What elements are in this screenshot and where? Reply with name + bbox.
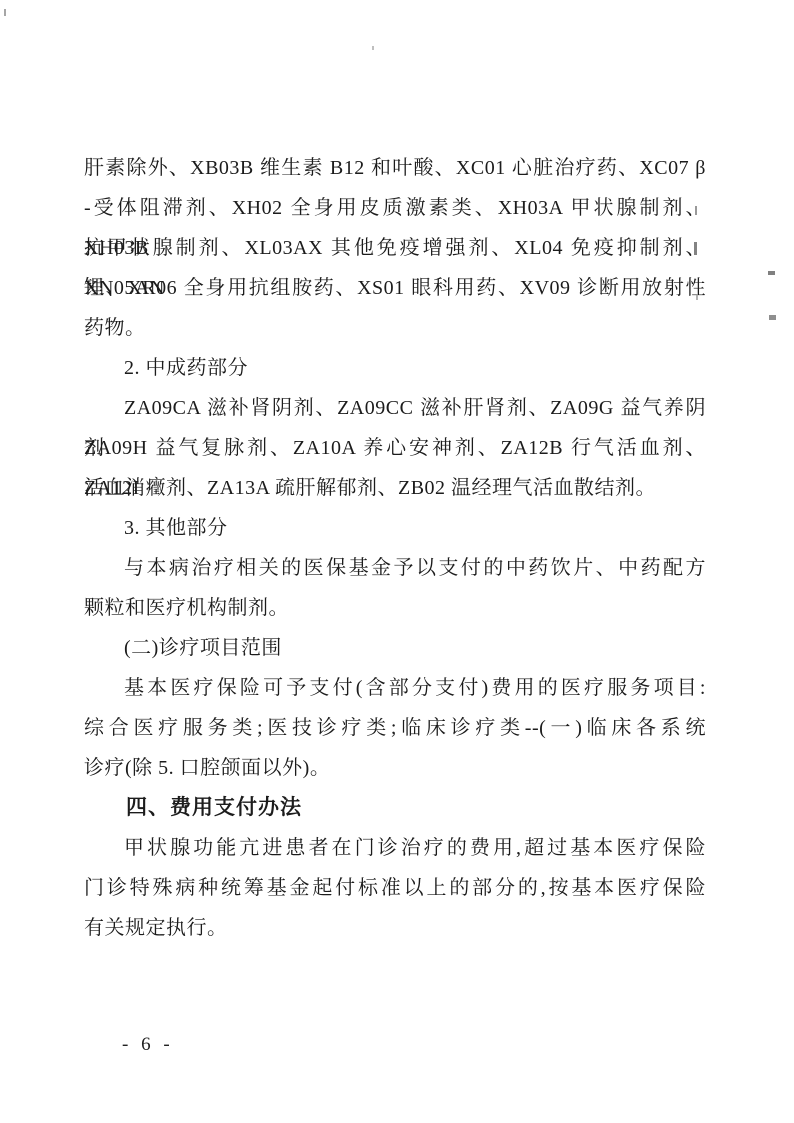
document-body: 肝素除外、XB03B 维生素 B12 和叶酸、XC01 心脏治疗药、XC07 β… [84,148,706,948]
text-line: -受体阻滞剂、XH02 全身用皮质激素类、XH03A 甲状腺制剂、XH03B [84,188,706,228]
text-line: 颗粒和医疗机构制剂。 [84,588,706,628]
text-line: 基本医疗保险可予支付(含部分支付)费用的医疗服务项目: [84,668,706,708]
text-line: 有关规定执行。 [84,908,706,948]
text-line: 活血消癥剂、ZA13A 疏肝解郁剂、ZB02 温经理气活血散结剂。 [84,468,706,508]
document-lines: 肝素除外、XB03B 维生素 B12 和叶酸、XC01 心脏治疗药、XC07 β… [84,148,706,948]
text-line: 门诊特殊病种统筹基金起付标准以上的部分的,按基本医疗保险 [84,868,706,908]
text-line: 甲状腺功能亢进患者在门诊治疗的费用,超过基本医疗保险 [84,828,706,868]
text-line: 3. 其他部分 [84,508,706,548]
text-line: 锂、XR06 全身用抗组胺药、XS01 眼科用药、XV09 诊断用放射性 [84,268,706,308]
scan-artifact [768,271,775,275]
scan-artifact [372,46,374,50]
text-line: 抗甲状腺制剂、XL03AX 其他免疫增强剂、XL04 免疫抑制剂、XN05AN [84,228,706,268]
scan-artifact [695,206,697,215]
page-number: - 6 - [122,1034,174,1056]
text-line: ZA09H 益气复脉剂、ZA10A 养心安神剂、ZA12B 行气活血剂、ZA12… [84,428,706,468]
scan-artifact [696,294,698,300]
scanned-document-page: 肝素除外、XB03B 维生素 B12 和叶酸、XC01 心脏治疗药、XC07 β… [0,0,794,1123]
section-heading-line: 四、费用支付办法 [84,788,706,828]
text-line: 药物。 [84,308,706,348]
text-line: 肝素除外、XB03B 维生素 B12 和叶酸、XC01 心脏治疗药、XC07 β [84,148,706,188]
text-line: ZA09CA 滋补肾阴剂、ZA09CC 滋补肝肾剂、ZA09G 益气养阴剂、 [84,388,706,428]
text-line: 与本病治疗相关的医保基金予以支付的中药饮片、中药配方 [84,548,706,588]
text-line: (二)诊疗项目范围 [84,628,706,668]
scan-artifact [769,315,776,320]
text-line: 2. 中成药部分 [84,348,706,388]
text-line: 综合医疗服务类;医技诊疗类;临床诊疗类--(一)临床各系统 [84,708,706,748]
scan-artifact [694,242,697,255]
text-line: 诊疗(除 5. 口腔颌面以外)。 [84,748,706,788]
scan-artifact [4,9,6,16]
